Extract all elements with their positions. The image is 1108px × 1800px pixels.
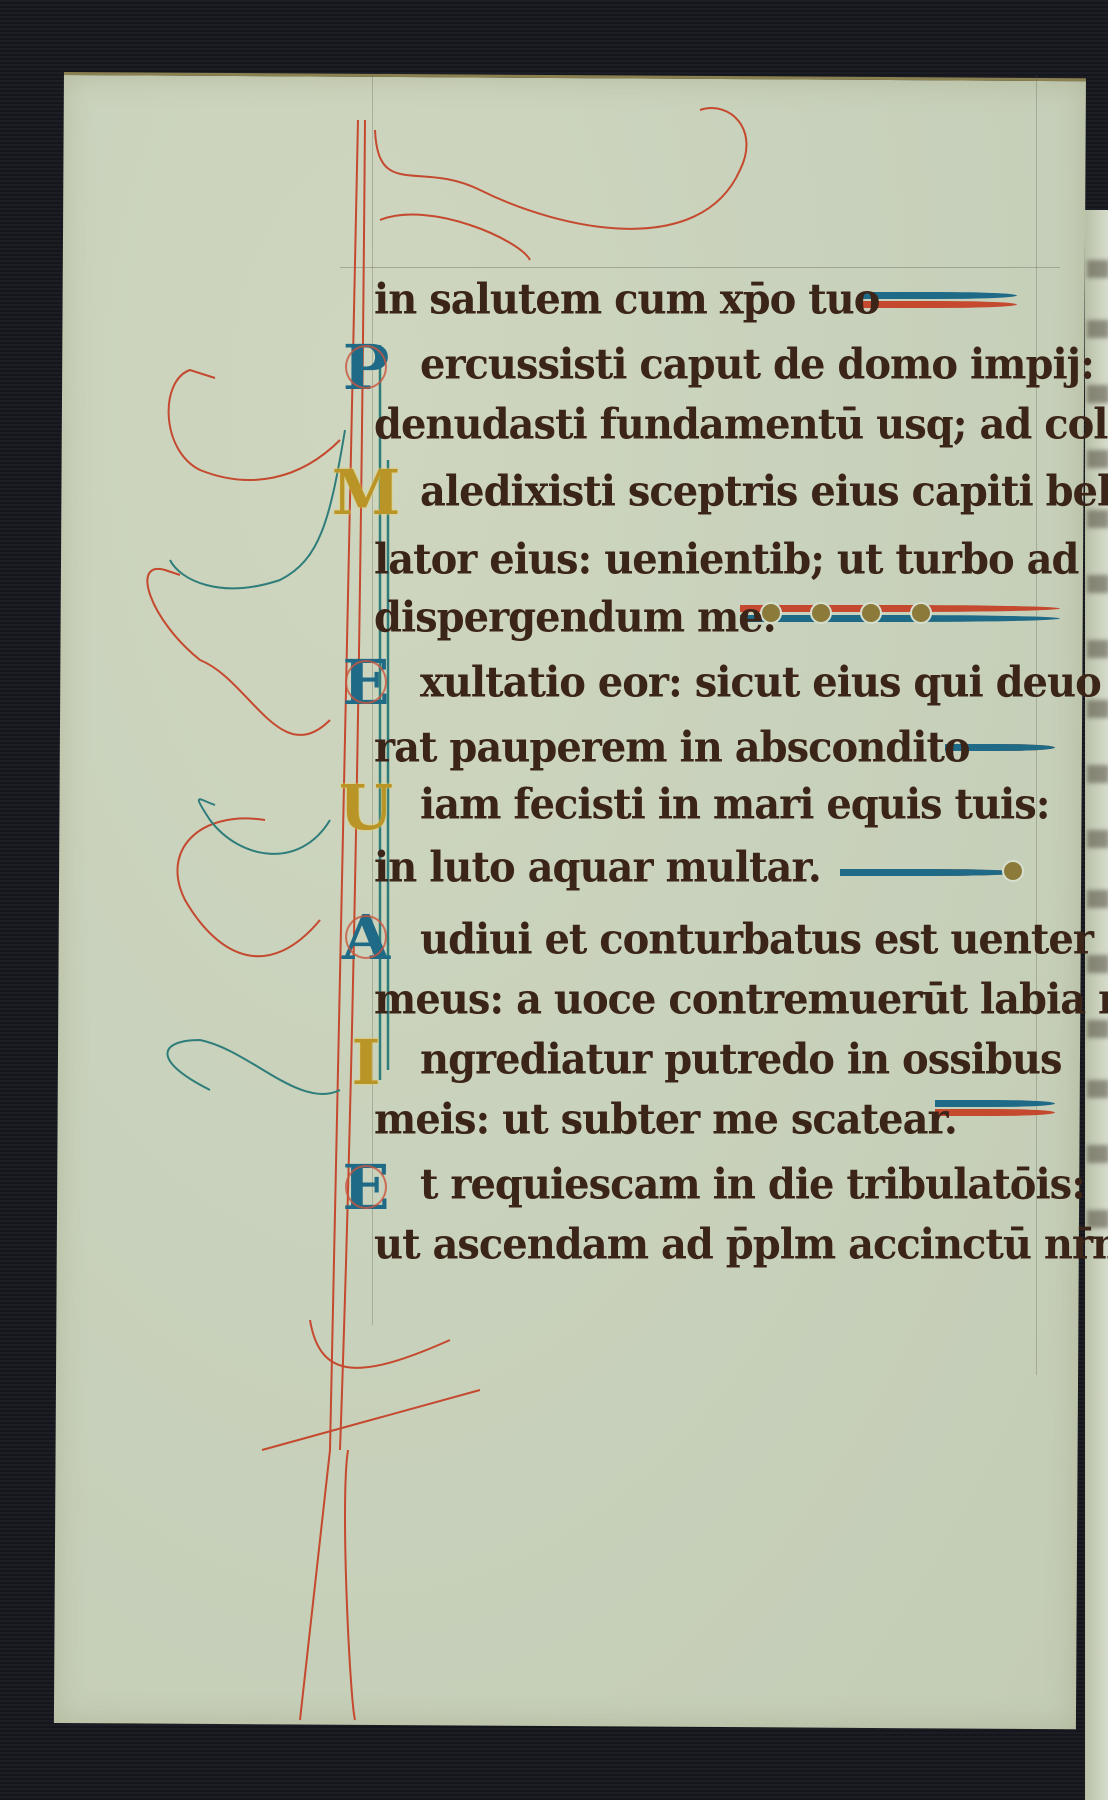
text-line-1: in salutem cum xp̄o tuo xyxy=(374,279,879,321)
text-line-14: meis: ut subter me scatear. xyxy=(374,1099,957,1141)
initial-a: A xyxy=(335,905,397,969)
text-line-3: denudasti fundamentū usq; ad collū. xyxy=(374,404,1108,446)
text-line-2: ercussisti caput de domo impij: xyxy=(420,344,1094,386)
text-line-9: iam fecisti in mari equis tuis: xyxy=(420,784,1050,826)
initial-e: E xyxy=(335,650,397,714)
text-line-5: lator eius: uenientib; ut turbo ad xyxy=(374,539,1078,581)
text-line-13: ngrediatur putredo in ossibus xyxy=(420,1039,1062,1081)
text-line-10: in luto aquar multar. xyxy=(374,847,821,889)
initial-p: P xyxy=(335,335,397,399)
text-line-15: t requiescam in die tribulatōis: xyxy=(420,1164,1085,1206)
text-line-12: meus: a uoce contremuerūt labia mea. xyxy=(374,979,1108,1021)
line-filler-6 xyxy=(740,605,1060,623)
initial-e2: E xyxy=(335,1155,397,1219)
text-line-8: rat pauperem in abscondito xyxy=(374,727,970,769)
initial-m: M xyxy=(335,460,397,524)
marginal-penwork xyxy=(0,0,1108,1800)
initial-i: I xyxy=(335,1030,397,1094)
text-line-16: ut ascendam ad p̄plm accinctū nr̄m. xyxy=(374,1224,1108,1266)
text-line-7: xultatio eor: sicut eius qui deuo xyxy=(420,662,1101,704)
text-line-4: aledixisti sceptris eius capiti bel xyxy=(420,471,1108,513)
line-filler-10 xyxy=(840,860,1020,878)
line-filler-1 xyxy=(862,292,1017,310)
text-line-11: udiui et conturbatus est uenter xyxy=(420,919,1093,961)
initial-u: U xyxy=(335,775,397,839)
text-line-6: dispergendum me. xyxy=(374,597,776,639)
